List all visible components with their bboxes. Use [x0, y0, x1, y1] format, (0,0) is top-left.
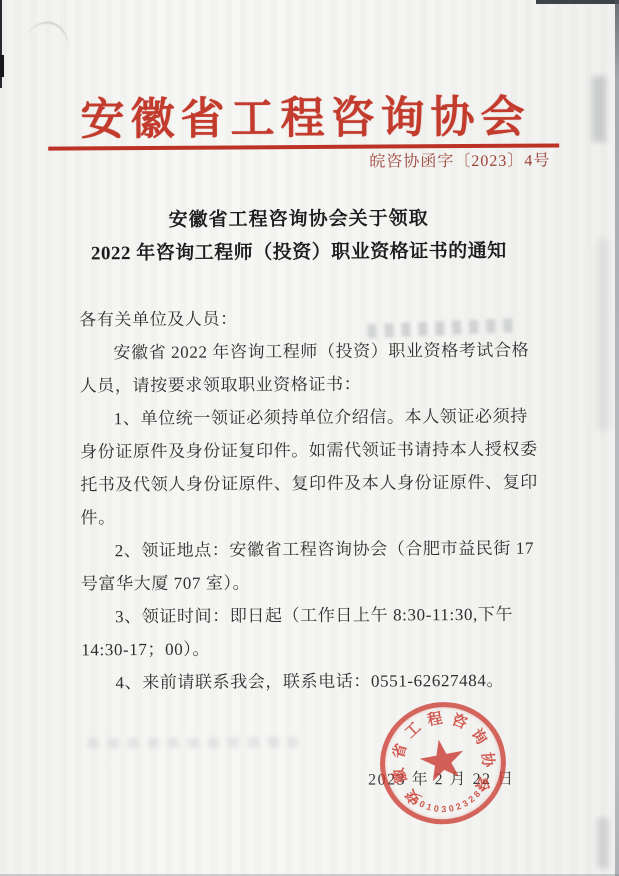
seal-code: 3401030232834: [370, 692, 516, 835]
body-line: 安徽省 2022 年咨询工程师（投资）职业资格考试合格: [113, 340, 529, 364]
document-content: 安徽省工程咨询协会 皖咨协函字〔2023〕4号 安徽省工程咨询协会关于领取 20…: [0, 0, 619, 876]
body-line-item-3: 3、领证时间：即日起（工作日上午 8:30-11:30,下午: [115, 604, 513, 627]
doc-number: 皖咨协函字〔2023〕4号: [298, 148, 550, 173]
body-line: 号富华大厦 707 室）。: [81, 572, 250, 594]
body-line: 托书及代领人身份证原件、复印件及本人身份证原件、复印: [80, 472, 538, 496]
scanned-notice-page: 安徽省工程咨询协会 皖咨协函字〔2023〕4号 安徽省工程咨询协会关于领取 20…: [0, 0, 619, 876]
notice-title-line1: 安徽省工程咨询协会关于领取: [49, 207, 549, 234]
body-line: 身份证原件及身份证复印件。如需代领证书请持本人授权委: [80, 439, 538, 463]
body-line: 14:30-17；00）。: [81, 639, 210, 661]
body-line-salutation: 各有关单位及人员：: [79, 308, 238, 330]
body-line: 人员，请按要求领取职业资格证书：: [80, 374, 362, 397]
official-seal: 安徽省工程咨询协会 3401030232834: [370, 692, 516, 835]
bleedthrough-ghost-text: [367, 318, 517, 338]
body-line-item-4: 4、来前请联系我会，联系电话：0551-62627484。: [115, 670, 504, 693]
body-line-item-2: 2、领证地点：安徽省工程咨询协会（合肥市益民街 17: [115, 538, 534, 562]
bleedthrough-ghost-text: [88, 737, 298, 748]
body-line: 件。: [80, 507, 115, 528]
notice-title: 安徽省工程咨询协会关于领取 2022 年咨询工程师（投资）职业资格证书的通知: [49, 207, 549, 267]
letterhead-org-name: 安徽省工程咨询协会: [53, 80, 558, 147]
body-line-item-1: 1、单位统一领证必须持单位介绍信。本人领证必须持: [114, 406, 528, 430]
notice-title-line2: 2022 年咨询工程师（投资）职业资格证书的通知: [49, 240, 549, 267]
